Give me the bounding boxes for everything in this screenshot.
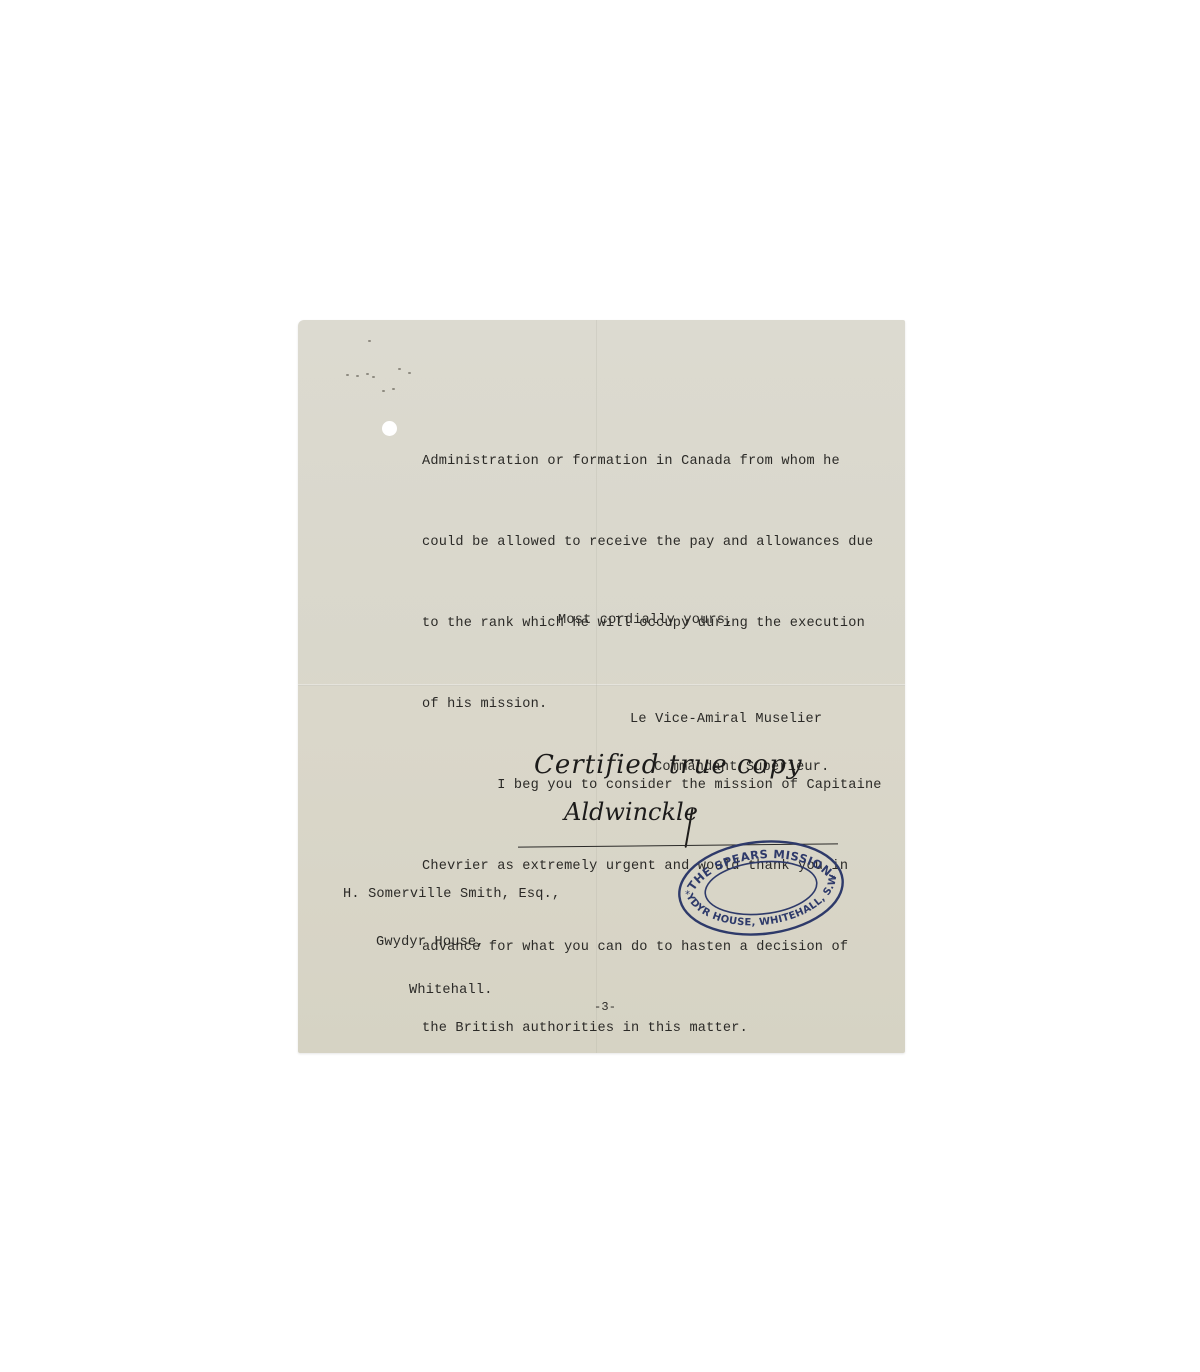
addressee-line2: Whitehall.	[343, 983, 560, 999]
closing-salutation: Most cordially yours,	[558, 613, 734, 628]
signatory-name: Le Vice-Amiral Muselier	[630, 712, 830, 728]
spears-mission-stamp: THE SPEARS MISSION GWYDYR HOUSE, WHITEHA…	[671, 831, 850, 944]
addressee-line1: Gwydyr House,	[343, 935, 560, 951]
signature-block: Le Vice-Amiral Muselier Commandant Super…	[630, 680, 830, 808]
addressee-name: H. Somerville Smith, Esq.,	[343, 887, 560, 903]
addressee-block: H. Somerville Smith, Esq., Gwydyr House,…	[343, 855, 560, 1031]
body-line: Administration or formation in Canada fr…	[422, 448, 882, 475]
punch-hole	[382, 421, 397, 436]
page-number: -3-	[594, 1000, 616, 1014]
letter-page: Administration or formation in Canada fr…	[298, 320, 905, 1053]
oval-stamp-icon: THE SPEARS MISSION GWYDYR HOUSE, WHITEHA…	[671, 831, 850, 944]
handwritten-signature: Aldwinckle	[564, 798, 698, 826]
handwritten-certification: Certified true copy	[534, 750, 803, 780]
svg-text:*: *	[830, 874, 836, 885]
svg-text:*: *	[685, 889, 691, 900]
body-line: could be allowed to receive the pay and …	[422, 529, 882, 556]
